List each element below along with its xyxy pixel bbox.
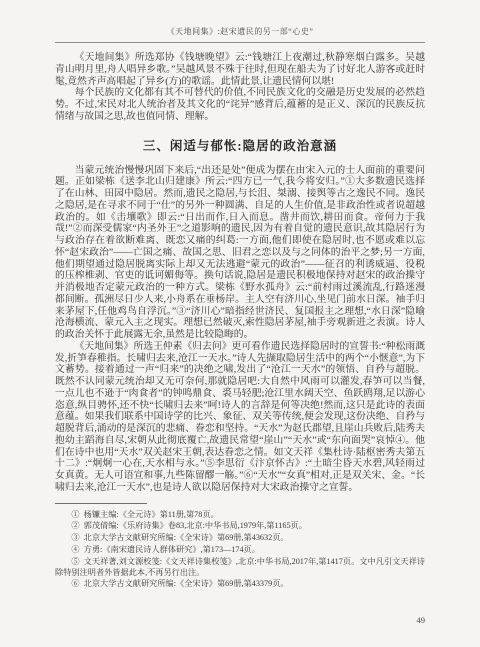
- paragraph: 《天地间集》所选王仲素《归去问》更可看作遗民选择隐居时的宣誓书:“种松雨溉发,折…: [55, 341, 425, 494]
- footnote-item: ① 杨镰主编:《全元诗》第11册,第78页。: [55, 510, 425, 521]
- paragraph: 《天地间集》所选郑协《钱塘晚望》云:“钱塘江上夜潮过,秋静寒烟白露多。吴越青山明…: [55, 52, 425, 87]
- paragraph: 每个民族的文化都有其不可替代的价值,不同民族文化的交融是历史发展的必然趋势。不过…: [55, 87, 425, 122]
- footnote-item: ② 郭茂倩编:《乐府诗集》卷83,北京:中华书局,1979年,第1165页。: [55, 521, 425, 532]
- footnote-item: ⑥ 北京大学古文献研究所编:《全宋诗》第69册,第43379页。: [55, 579, 425, 590]
- section-heading: 三、闲适与郁怅:隐居的政治意涵: [55, 136, 425, 154]
- footnote-item: ⑤ 文天祥著,刘文源校笺:《文天祥诗集校笺》,北京:中华书局,2017年,第14…: [55, 557, 425, 579]
- running-header: 《天地间集》:赵宋遗民的另一部“心史”: [55, 26, 425, 37]
- footnote-item: ④ 方勇:《南宋遗民诗人群体研究》,第173—174页。: [55, 545, 425, 556]
- footnote-list: ① 杨镰主编:《全元诗》第11册,第78页。② 郭茂倩编:《乐府诗集》卷83,北…: [55, 510, 425, 591]
- section-paragraphs: 当蒙元统治慢慢巩固下来后,“出还是处”便成为摆在由宋入元的士人面前的重要问题。正…: [55, 165, 425, 494]
- intro-paragraphs: 《天地间集》所选郑协《钱塘晚望》云:“钱塘江上夜潮过,秋静寒烟白露多。吴越青山明…: [55, 52, 425, 123]
- footnote-item: ③ 北京大学古文献研究所编:《全宋诗》第69册,第43632页。: [55, 533, 425, 544]
- paragraph: 当蒙元统治慢慢巩固下来后,“出还是处”便成为摆在由宋入元的士人面前的重要问题。正…: [55, 165, 425, 341]
- header-rule: [55, 42, 425, 43]
- footnote-divider: [55, 503, 147, 504]
- page-number: 49: [417, 615, 426, 625]
- footnote-block: ① 杨镰主编:《全元诗》第11册,第78页。② 郭茂倩编:《乐府诗集》卷83,北…: [55, 503, 425, 591]
- book-page: 《天地间集》:赵宋遗民的另一部“心史” 《天地间集》所选郑协《钱塘晚望》云:“钱…: [0, 0, 480, 647]
